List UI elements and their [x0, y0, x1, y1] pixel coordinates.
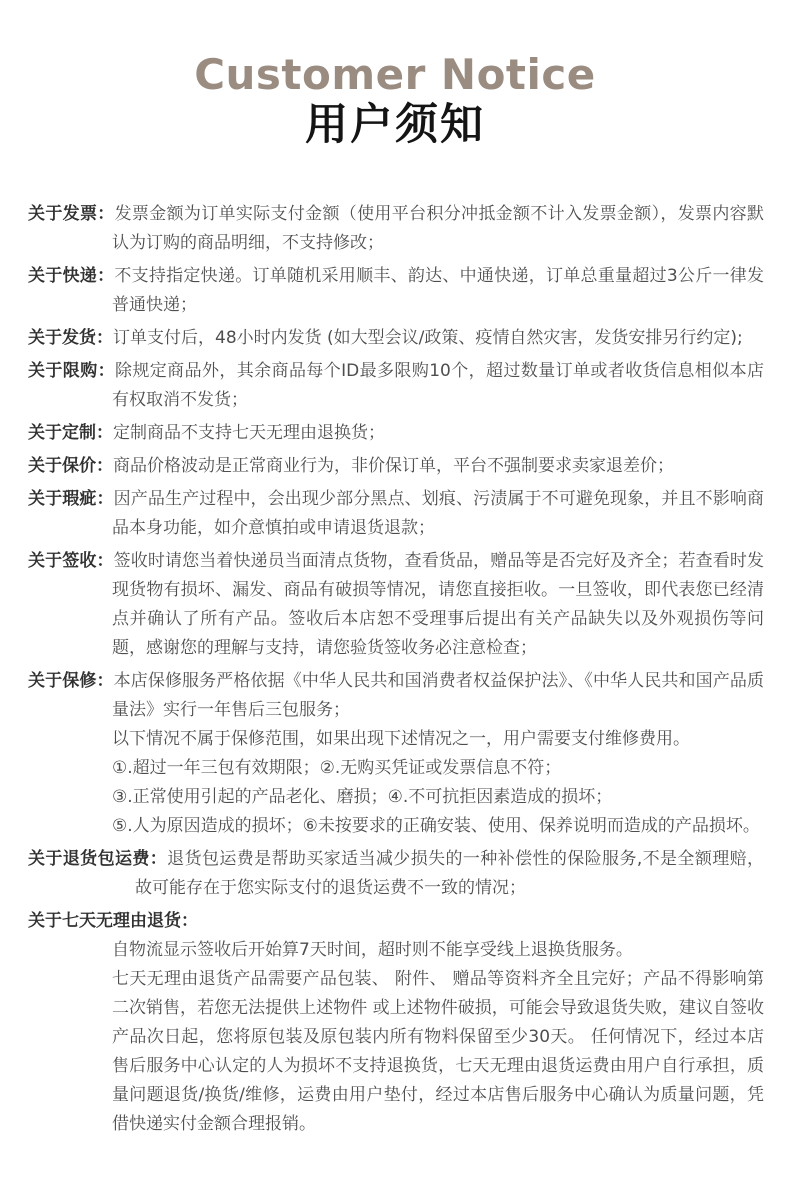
notice-list: 关于发票：发票金额为订单实际支付金额（使用平台积分冲抵金额不计入发票金额），发票… — [28, 200, 764, 1139]
notice-paragraph-seven-day-return-2: 七天无理由退货产品需要产品包装、 附件、 赠品等资料齐全且完好；产品不得影响第二… — [112, 965, 764, 1139]
notice-row-seven-day-return: 关于七天无理由退货：自物流显示签收后开始算7天时间，超时则不能享受线上退换货服务… — [28, 907, 764, 1139]
notice-label-warranty: 关于保修： — [28, 671, 114, 691]
notice-label-customization: 关于定制： — [28, 423, 113, 443]
page-title-english: Customer Notice — [0, 50, 790, 100]
notice-row-return-shipping-insurance: 关于退货包运费：退货包运费是帮助买家适当减少损失的一种补偿性的保险服务,不是全额… — [28, 845, 764, 903]
notice-label-seven-day-return: 关于七天无理由退货： — [28, 907, 764, 936]
notice-row-courier: 关于快递：不支持指定快递。订单随机采用顺丰、韵达、中通快递，订单总重量超过3公斤… — [28, 262, 764, 320]
customer-notice-page: Customer Notice 用户须知 关于发票：发票金额为订单实际支付金额（… — [0, 0, 790, 1180]
notice-text-purchase-limit: 除规定商品外，其余商品每个ID最多限购10个，超过数量订单或者收货信息相似本店有… — [112, 361, 764, 410]
page-title-chinese: 用户须知 — [0, 100, 790, 150]
notice-row-defects: 关于瑕疵：因产品生产过程中，会出现少部分黑点、划痕、污渍属于不可避免现象，并且不… — [28, 485, 764, 543]
notice-text-price-protection: 商品价格波动是正常商业行为，非价保订单，平台不强制要求卖家退差价； — [113, 456, 674, 476]
notice-subline-warranty-4: ⑤.人为原因造成的损坏；⑥未按要求的正确安装、使用、保养说明而造成的产品损坏。 — [112, 812, 764, 841]
notice-row-customization: 关于定制：定制商品不支持七天无理由退换货； — [28, 419, 764, 448]
notice-subline-warranty-3: ③.正常使用引起的产品老化、磨损；④.不可抗拒因素造成的损坏； — [112, 783, 764, 812]
notice-label-purchase-limit: 关于限购： — [28, 361, 115, 381]
notice-text-return-shipping-insurance: 退货包运费是帮助买家适当减少损失的一种补偿性的保险服务,不是全额理赔，故可能存在… — [135, 849, 764, 898]
notice-subline-warranty-2: ①.超过一年三包有效期限；②.无购买凭证或发票信息不符； — [112, 754, 764, 783]
notice-row-warranty: 关于保修：本店保修服务严格依据《中华人民共和国消费者权益保护法》、《中华人民共和… — [28, 667, 764, 841]
notice-text-courier: 不支持指定快递。订单随机采用顺丰、韵达、中通快递，订单总重量超过3公斤一律发普通… — [112, 266, 764, 315]
notice-paragraph-seven-day-return-1: 自物流显示签收后开始算7天时间，超时则不能享受线上退换货服务。 — [112, 936, 764, 965]
notice-label-courier: 关于快递： — [28, 266, 114, 286]
notice-text-customization: 定制商品不支持七天无理由退换货； — [113, 423, 385, 443]
notice-label-return-shipping-insurance: 关于退货包运费： — [28, 849, 167, 869]
notice-row-purchase-limit: 关于限购：除规定商品外，其余商品每个ID最多限购10个，超过数量订单或者收货信息… — [28, 357, 764, 415]
notice-text-warranty: 本店保修服务严格依据《中华人民共和国消费者权益保护法》、《中华人民共和国产品质量… — [112, 671, 764, 720]
notice-row-sign-off: 关于签收：签收时请您当着快递员当面清点货物，查看货品，赠品等是否完好及齐全；若查… — [28, 547, 764, 663]
notice-label-invoice: 关于发票： — [28, 204, 115, 224]
notice-subline-warranty-1: 以下情况不属于保修范围，如果出现下述情况之一，用户需要支付维修费用。 — [112, 725, 764, 754]
notice-label-price-protection: 关于保价： — [28, 456, 113, 476]
page-header: Customer Notice 用户须知 — [0, 0, 790, 150]
notice-label-defects: 关于瑕疵： — [28, 489, 114, 509]
notice-label-delivery: 关于发货： — [28, 328, 113, 348]
notice-label-sign-off: 关于签收： — [28, 551, 114, 571]
notice-row-delivery: 关于发货：订单支付后，48小时内发货 (如大型会议/政策、疫情自然灾害，发货安排… — [28, 324, 764, 353]
notice-text-sign-off: 签收时请您当着快递员当面清点货物，查看货品，赠品等是否完好及齐全；若查看时发现货… — [112, 551, 764, 658]
notice-row-price-protection: 关于保价：商品价格波动是正常商业行为，非价保订单，平台不强制要求卖家退差价； — [28, 452, 764, 481]
notice-text-invoice: 发票金额为订单实际支付金额（使用平台积分冲抵金额不计入发票金额），发票内容默认为… — [112, 204, 764, 253]
notice-text-defects: 因产品生产过程中，会出现少部分黑点、划痕、污渍属于不可避免现象，并且不影响商品本… — [112, 489, 764, 538]
notice-text-delivery: 订单支付后，48小时内发货 (如大型会议/政策、疫情自然灾害，发货安排另行约定)… — [113, 328, 743, 348]
notice-row-invoice: 关于发票：发票金额为订单实际支付金额（使用平台积分冲抵金额不计入发票金额），发票… — [28, 200, 764, 258]
